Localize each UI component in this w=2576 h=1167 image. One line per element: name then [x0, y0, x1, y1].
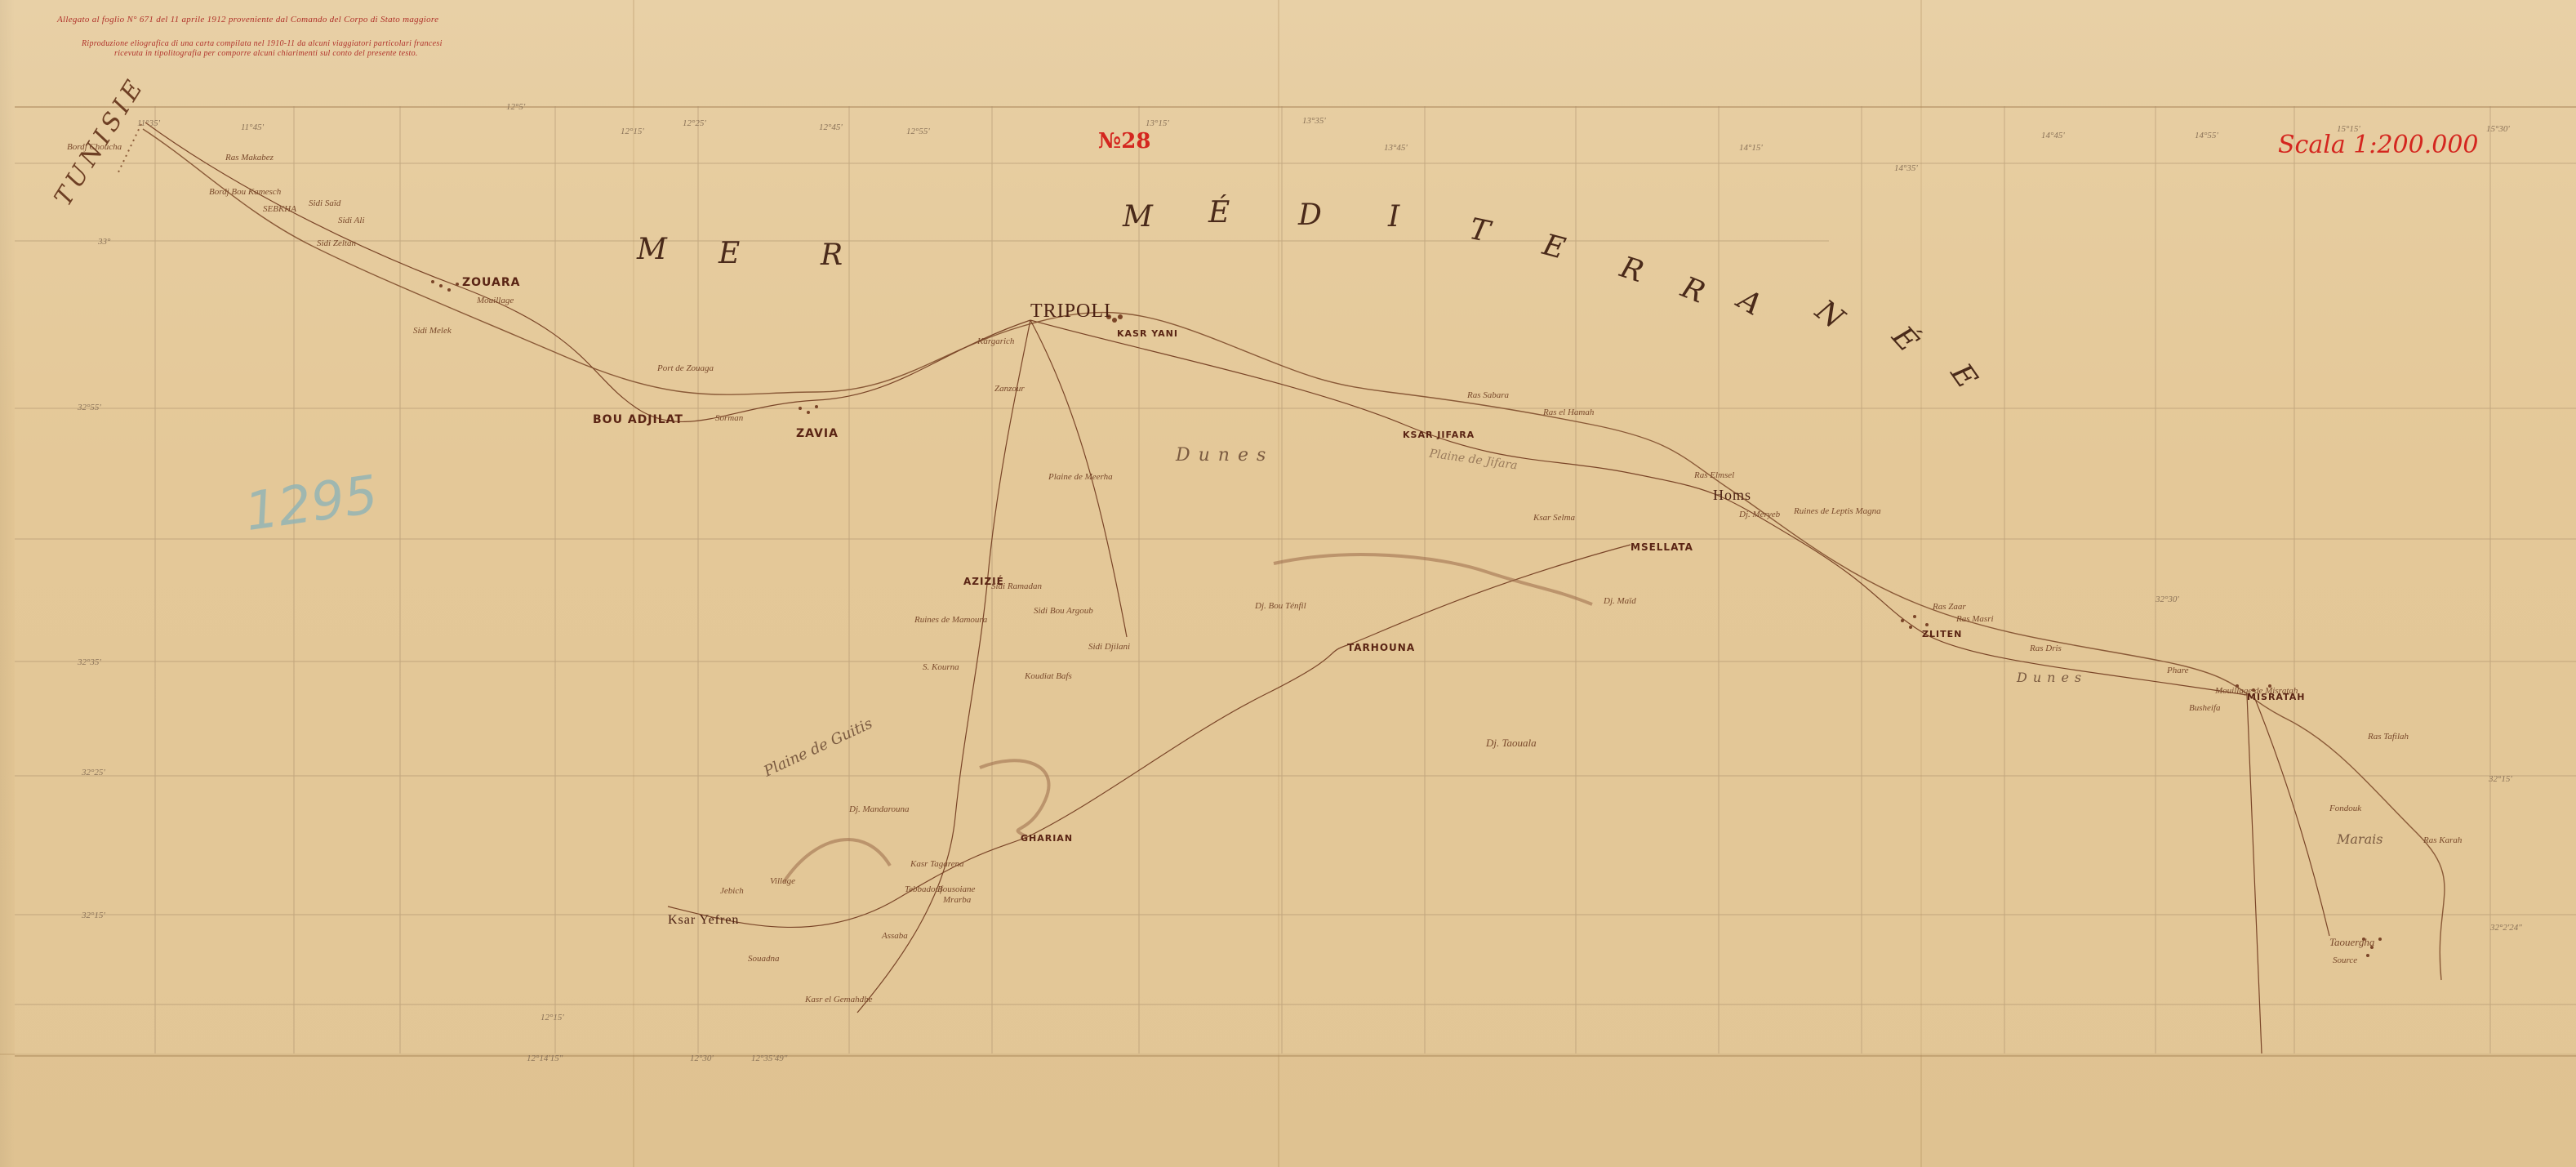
coord-label: 15°15'	[2337, 124, 2360, 134]
place-label: Ras Tafilah	[2368, 732, 2409, 742]
place-label: Kasr el Gemahdhe	[805, 995, 873, 1004]
roads	[145, 122, 2329, 1053]
coord-label: 15°30'	[2486, 124, 2510, 134]
coord-label: 33°	[98, 237, 110, 247]
oasis-dots	[431, 280, 2382, 957]
map-graphics	[0, 0, 2576, 1167]
place-label: Ras el Hamah	[1543, 408, 1594, 417]
sea-letter: É	[1208, 196, 1230, 229]
coord-label: 32°15'	[2489, 774, 2512, 784]
coord-label: 12°15'	[541, 1013, 564, 1022]
city-ksar-yefren: Ksar Yefren	[668, 913, 739, 928]
town-kasr-yani: KASR YANI	[1117, 328, 1178, 339]
coord-label: 11°45'	[241, 122, 264, 132]
place-label: Ras Masri	[1956, 614, 1994, 624]
place-label: Dj. Bou Ténfil	[1255, 601, 1306, 611]
coord-label: 32°30'	[2156, 595, 2179, 604]
sea-letter: M	[1123, 200, 1153, 234]
place-label: Bordj Bou Kamesch	[209, 187, 281, 197]
place-label: Ras Makabez	[225, 153, 274, 163]
town-tarhouna: TARHOUNA	[1347, 642, 1415, 653]
place-label: Dj. Taouala	[1486, 737, 1537, 750]
place-label: Sidi Bou Argoub	[1034, 606, 1093, 616]
place-label: Ruines de Mamoura	[914, 615, 987, 625]
coord-label: 32°55'	[78, 403, 101, 412]
place-label: Ras Sabara	[1467, 390, 1509, 400]
sea-letter: M	[637, 233, 667, 266]
coord-label: 32°2'24"	[2490, 923, 2522, 933]
place-label: Sidi Ali	[338, 216, 365, 225]
coord-label: 13°45'	[1384, 143, 1408, 153]
coord-label: 14°55'	[2195, 131, 2218, 140]
coord-label: 12°5'	[506, 102, 525, 112]
place-label: Dj. Mandarouna	[849, 804, 910, 814]
coord-label: 12°35'49"	[751, 1053, 787, 1063]
place-label: Assaba	[882, 931, 908, 941]
sea-letter: E	[719, 237, 740, 270]
town-zavia: ZAVIA	[796, 427, 839, 440]
coord-label: 14°45'	[2041, 131, 2065, 140]
place-label: Busheifa	[2189, 703, 2221, 713]
coord-label: 12°15'	[621, 127, 644, 136]
place-label: Phare	[2167, 666, 2188, 675]
place-label: Jebich	[720, 886, 744, 896]
place-label: Ras Zaar	[1933, 602, 1966, 612]
place-label: Sidi Melek	[413, 326, 452, 336]
place-label: Zanzour	[994, 384, 1025, 394]
place-label: Sidi Saïd	[309, 198, 340, 208]
town-gharian: GHARIAN	[1021, 833, 1073, 844]
place-label: Port de Zouaga	[657, 363, 714, 373]
place-label: Koudiat Bafs	[1025, 671, 1072, 681]
sea-letter: D	[1298, 198, 1322, 232]
coord-label: 12°55'	[906, 127, 930, 136]
coastline	[143, 129, 2445, 980]
place-label: Taouergha	[2329, 936, 2374, 949]
region-dunes: Dunes	[1176, 445, 1274, 465]
town-zliten: ZLITEN	[1922, 629, 1962, 639]
coord-label: 32°25'	[82, 768, 105, 777]
escarpment	[784, 555, 1592, 882]
place-label: Mouillage de Misratah	[2215, 686, 2298, 696]
place-label: Sorman	[715, 413, 743, 423]
place-label: Dj. Maïd	[1604, 596, 1636, 606]
coord-label: 13°35'	[1302, 116, 1326, 126]
plate-number: №28	[1098, 129, 1150, 154]
place-label: SEBKHA	[263, 204, 296, 214]
place-label: Mrarba	[943, 895, 971, 905]
region-marais: Marais	[2337, 831, 2382, 847]
place-label: Source	[2333, 955, 2357, 965]
city-homs: Homs	[1713, 487, 1751, 504]
coord-label: 12°45'	[819, 122, 843, 132]
place-label: Bousoiane	[937, 884, 975, 894]
map-sheet: Allegato al foglio N° 671 del 11 aprile …	[0, 0, 2576, 1167]
coord-label: 12°14'15"	[527, 1053, 563, 1063]
place-label: Bordj Choucha	[67, 142, 122, 152]
city-tripoli: TRIPOLI	[1030, 301, 1111, 323]
coord-label: 14°35'	[1894, 163, 1918, 173]
place-label: Kargarich	[977, 336, 1014, 346]
sea-letter: R	[821, 238, 843, 272]
place-label: Ras Dris	[2030, 644, 2062, 653]
graticule	[15, 106, 2576, 1053]
town-bou-adjilat: BOU ADJILAT	[593, 413, 683, 426]
place-label: Village	[770, 876, 795, 886]
place-label: Kasr Tagarena	[910, 859, 964, 869]
coord-label: 12°25'	[683, 118, 706, 128]
coord-label: 13°15'	[1146, 118, 1169, 128]
place-label: Souadna	[748, 954, 780, 964]
coord-label: 32°15'	[82, 911, 105, 920]
place-label: Sidi Djilani	[1088, 642, 1130, 652]
coord-label: 12°30'	[690, 1053, 714, 1063]
region-dunes: Dunes	[2017, 670, 2087, 685]
town-msellata: MSELLATA	[1631, 541, 1693, 553]
place-label: Plaine de Meerha	[1048, 472, 1113, 482]
place-label: Sidi Zeltan	[317, 238, 356, 248]
place-label: Fondouk	[2329, 804, 2361, 813]
place-label: Mouillage	[477, 296, 514, 305]
place-label: Dj. Meryeb	[1739, 510, 1780, 519]
place-label: S. Kourna	[923, 662, 959, 672]
place-label: Ruines de Leptis Magna	[1794, 506, 1881, 516]
scale-label: Scala 1:200.000	[2278, 131, 2479, 159]
place-label: Ras Elmsel	[1694, 470, 1734, 480]
town-zouara: ZOUARA	[462, 276, 520, 289]
coord-label: 11°35'	[137, 118, 160, 128]
place-label: Ras Karah	[2423, 835, 2462, 845]
coord-label: 14°15'	[1739, 143, 1763, 153]
place-label: Sidi Ramadan	[991, 581, 1042, 591]
coord-label: 32°35'	[78, 657, 101, 667]
town-ksar-jifara: KSAR JIFARA	[1403, 430, 1475, 440]
sea-letter: I	[1388, 200, 1399, 234]
place-label: Ksar Selma	[1533, 513, 1575, 523]
